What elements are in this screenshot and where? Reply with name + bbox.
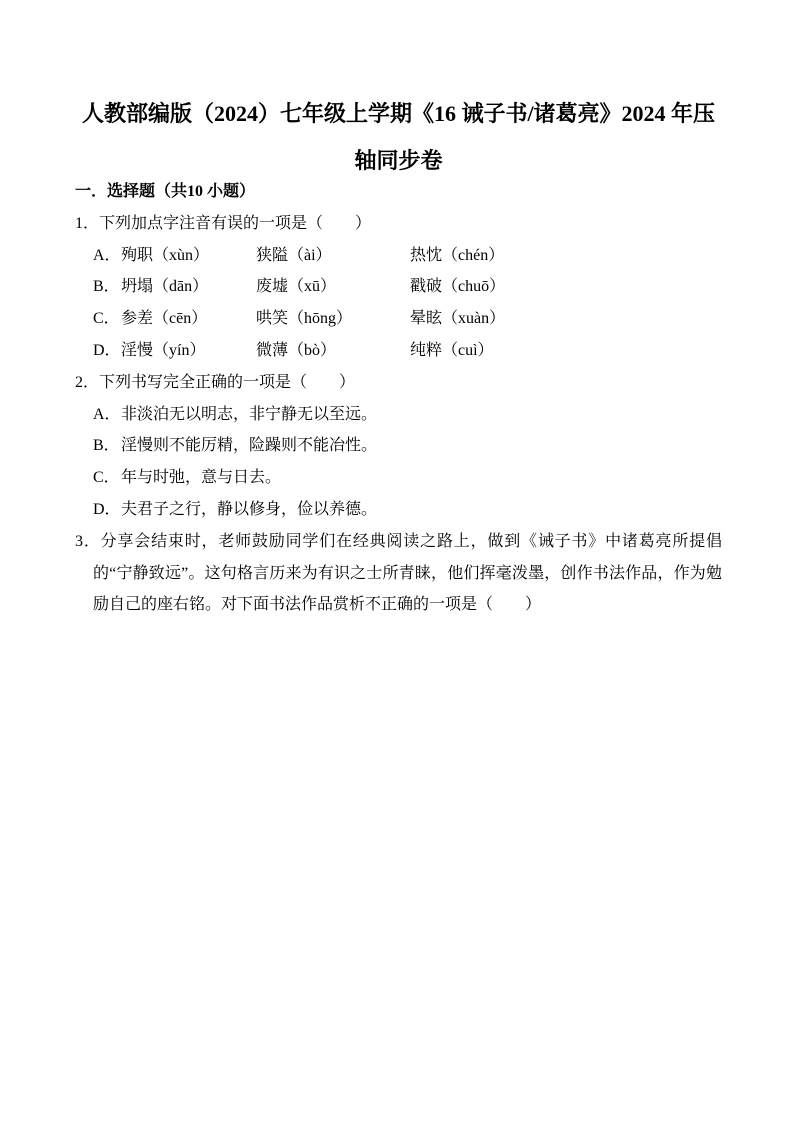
pinyin-item: 坍塌（dān） bbox=[121, 271, 256, 303]
option-row-d: D．夫君子之行，静以修身，俭以养德。 bbox=[75, 494, 722, 526]
question-2-text: 下列书写完全正确的一项是（ ） bbox=[99, 374, 355, 391]
question-3-stem: 3．分享会结束时，老师鼓励同学们在经典阅读之路上，做到《诫子书》中诸葛亮所提倡的… bbox=[93, 526, 722, 621]
pinyin-item: 戳破（chuō） bbox=[410, 271, 505, 303]
option-row-c: C．年与时弛，意与日去。 bbox=[75, 462, 722, 494]
document-page: 人教部编版（2024）七年级上学期《16 诫子书/诸葛亮》2024 年压轴同步卷… bbox=[0, 0, 794, 1123]
option-text: 非淡泊无以明志，非宁静无以至远。 bbox=[121, 406, 377, 423]
pinyin-item: 哄笑（hōng） bbox=[256, 303, 410, 335]
pinyin-item: 殉职（xùn） bbox=[121, 240, 256, 272]
option-row-a: A．非淡泊无以明志，非宁静无以至远。 bbox=[75, 399, 722, 431]
option-text: 年与时弛，意与日去。 bbox=[121, 469, 281, 486]
question-2-number: 2． bbox=[75, 374, 99, 391]
question-1-text: 下列加点字注音有误的一项是（ ） bbox=[99, 215, 371, 232]
pinyin-item: 晕眩（xuàn） bbox=[410, 303, 505, 335]
pinyin-item: 参差（cēn） bbox=[121, 303, 256, 335]
pinyin-item: 微薄（bò） bbox=[256, 335, 410, 367]
option-row-b: B．坍塌（dān）废墟（xū）戳破（chuō） bbox=[75, 271, 722, 303]
option-label-a: A． bbox=[93, 240, 121, 272]
question-2-stem: 2．下列书写完全正确的一项是（ ） bbox=[75, 367, 722, 399]
pinyin-item: 纯粹（cuì） bbox=[410, 335, 494, 367]
option-text: 淫慢则不能厉精，险躁则不能冶性。 bbox=[121, 437, 377, 454]
pinyin-item: 淫慢（yín） bbox=[121, 335, 256, 367]
document-title: 人教部编版（2024）七年级上学期《16 诫子书/诸葛亮》2024 年压轴同步卷 bbox=[75, 90, 722, 184]
question-1: 1．下列加点字注音有误的一项是（ ） A．殉职（xùn）狭隘（ài）热忱（ché… bbox=[75, 208, 722, 367]
option-row-d: D．淫慢（yín）微薄（bò）纯粹（cuì） bbox=[75, 335, 722, 367]
option-label-c: C． bbox=[93, 303, 121, 335]
document-content: 人教部编版（2024）七年级上学期《16 诫子书/诸葛亮》2024 年压轴同步卷… bbox=[0, 90, 794, 621]
option-row-b: B．淫慢则不能厉精，险躁则不能冶性。 bbox=[75, 430, 722, 462]
question-3-text: 分享会结束时，老师鼓励同学们在经典阅读之路上，做到《诫子书》中诸葛亮所提倡的“宁… bbox=[93, 533, 722, 614]
option-row-a: A．殉职（xùn）狭隘（ài）热忱（chén） bbox=[75, 240, 722, 272]
question-1-number: 1． bbox=[75, 215, 99, 232]
pinyin-item: 热忱（chén） bbox=[410, 240, 504, 272]
pinyin-item: 废墟（xū） bbox=[256, 271, 410, 303]
option-label-a: A． bbox=[93, 399, 121, 431]
option-label-d: D． bbox=[93, 494, 121, 526]
question-3-number: 3． bbox=[75, 533, 101, 550]
question-1-options: A．殉职（xùn）狭隘（ài）热忱（chén） B．坍塌（dān）废墟（xū）戳… bbox=[75, 240, 722, 367]
question-2: 2．下列书写完全正确的一项是（ ） A．非淡泊无以明志，非宁静无以至远。 B．淫… bbox=[75, 367, 722, 526]
pinyin-item: 狭隘（ài） bbox=[256, 240, 410, 272]
option-text: 夫君子之行，静以修身，俭以养德。 bbox=[121, 501, 377, 518]
option-label-d: D． bbox=[93, 335, 121, 367]
option-label-b: B． bbox=[93, 430, 121, 462]
question-3: 3．分享会结束时，老师鼓励同学们在经典阅读之路上，做到《诫子书》中诸葛亮所提倡的… bbox=[75, 526, 722, 621]
option-row-c: C．参差（cēn）哄笑（hōng）晕眩（xuàn） bbox=[75, 303, 722, 335]
question-1-stem: 1．下列加点字注音有误的一项是（ ） bbox=[75, 208, 722, 240]
option-label-c: C． bbox=[93, 462, 121, 494]
option-label-b: B． bbox=[93, 271, 121, 303]
